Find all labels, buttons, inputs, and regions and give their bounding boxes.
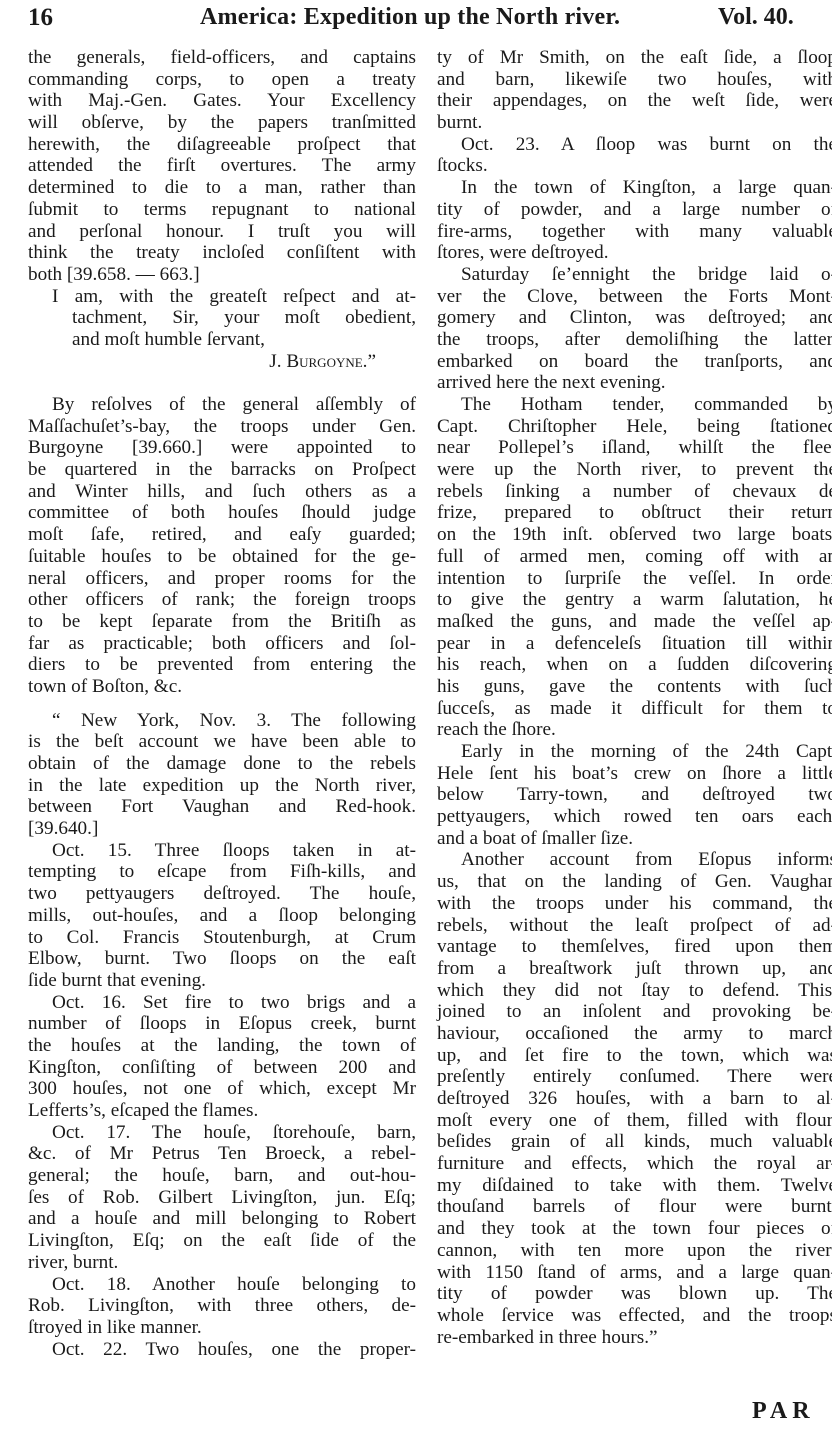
text-line: ſubmit to terms repugnant to national xyxy=(28,199,416,221)
text-line: intention to ſurpriſe the veſſel. In ord… xyxy=(437,568,832,590)
text-line: between Fort Vaughan and Red-hook. xyxy=(28,796,416,818)
text-line: number of ſloops in Eſopus creek, burnt xyxy=(28,1013,416,1035)
text-line: fire-arms, together with many valuable xyxy=(437,221,832,243)
text-line: be quartered in the barracks on Proſpect xyxy=(28,459,416,481)
text-line: ty of Mr Smith, on the eaſt ſide, a ſloo… xyxy=(437,47,832,69)
dated-entry: Oct. 15. Three ſloops taken in at- xyxy=(28,840,416,862)
volume-label: Vol. 40. xyxy=(718,4,794,31)
text-line: to give the gentry a warm ſalutation, he xyxy=(437,589,832,611)
text-line: Elbow, burnt. Two ſloops on the eaſt xyxy=(28,948,416,970)
text-line: moſt ſafe, retired, and eaſy guarded; xyxy=(28,524,416,546)
closing-line: tachment, Sir, your moſt obedient, xyxy=(28,307,416,329)
text-line: from a breaſtwork juſt thrown up, and xyxy=(437,958,832,980)
text-line: tity of powder, and a large number of xyxy=(437,199,832,221)
text-line: ver the Clove, between the Forts Mont- xyxy=(437,286,832,308)
text-line: Burgoyne [39.660.] were appointed to xyxy=(28,437,416,459)
text-line: the generals, field-officers, and captai… xyxy=(28,47,416,69)
text-line: By reſolves of the general aſſembly of xyxy=(28,394,416,416)
text-line: ſucceſs, as made it difficult for them t… xyxy=(437,698,832,720)
text-line: thouſand barrels of flour were burnt; xyxy=(437,1196,832,1218)
text-line: Livingſton, Eſq; on the eaſt ſide of the xyxy=(28,1230,416,1252)
text-line: joined to an inſolent and provoking be- xyxy=(437,1001,832,1023)
text-line: Lefferts’s, eſcaped the flames. xyxy=(28,1100,416,1122)
dateline: “ New York, Nov. 3. The following xyxy=(28,710,416,732)
text-line: frize, prepared to obſtruct their return xyxy=(437,502,832,524)
text-line: maſked the guns, and made the veſſel ap- xyxy=(437,611,832,633)
right-column: ty of Mr Smith, on the eaſt ſide, a ſloo… xyxy=(437,47,832,1348)
text-line: ſtocks. xyxy=(437,155,832,177)
text-line: Capt. Chriſtopher Hele, being ſtationed xyxy=(437,416,832,438)
text-line: 300 houſes, not one of which, except Mr xyxy=(28,1078,416,1100)
text-line: &c. of Mr Petrus Ten Broeck, a rebel- xyxy=(28,1143,416,1165)
text-line: ſes of Rob. Gilbert Livingſton, jun. Eſq… xyxy=(28,1187,416,1209)
text-line: In the town of Kingſton, a large quan- xyxy=(437,177,832,199)
text-line: river, burnt. xyxy=(28,1252,416,1274)
text-line: will obſerve, by the papers tranſmitted xyxy=(28,112,416,134)
text-line: [39.640.] xyxy=(28,818,416,840)
text-line: burnt. xyxy=(437,112,832,134)
text-line: two pettyaugers deſtroyed. The houſe, xyxy=(28,883,416,905)
text-line: Another account from Eſopus informs xyxy=(437,849,832,871)
text-line: general; the houſe, barn, and out-hou- xyxy=(28,1165,416,1187)
page-number: 16 xyxy=(28,4,53,32)
dated-entry: Oct. 22. Two houſes, one the proper- xyxy=(28,1339,416,1361)
text-line: think the treaty incloſed conſiſtent wit… xyxy=(28,242,416,264)
text-line: tempting to eſcape from Fiſh-kills, and xyxy=(28,861,416,883)
text-line: preſently entirely conſumed. There were xyxy=(437,1066,832,1088)
text-line: ſide burnt that evening. xyxy=(28,970,416,992)
text-line: near Pollepel’s iſland, whilſt the fleet xyxy=(437,437,832,459)
dated-entry: Oct. 23. A ſloop was burnt on the xyxy=(437,134,832,156)
text-line: beſides grain of all kinds, much valuabl… xyxy=(437,1131,832,1153)
text-line: Maſſachuſet’s-bay, the troops under Gen. xyxy=(28,416,416,438)
text-line: cannon, with ten more upon the river; xyxy=(437,1240,832,1262)
text-line: commanding corps, to open a treaty xyxy=(28,69,416,91)
text-line: to Col. Francis Stoutenburgh, at Crum xyxy=(28,927,416,949)
text-line: neral officers, and proper rooms for the xyxy=(28,568,416,590)
text-line: is the beſt account we have been able to xyxy=(28,731,416,753)
dated-entry: Oct. 16. Set fire to two brigs and a xyxy=(28,992,416,1014)
text-line: vantage to themſelves, fired upon them xyxy=(437,936,832,958)
text-line: and a boat of ſmaller ſize. xyxy=(437,828,832,850)
text-line: herewith, the diſagreeable proſpect that xyxy=(28,134,416,156)
text-line: obtain of the damage done to the rebels xyxy=(28,753,416,775)
text-line: whole ſervice was effected, and the troo… xyxy=(437,1305,832,1327)
text-line: re-embarked in three hours.” xyxy=(437,1327,832,1349)
text-line: were up the North river, to prevent the xyxy=(437,459,832,481)
text-line: Early in the morning of the 24th Capt. xyxy=(437,741,832,763)
text-line: with 1150 ſtand of arms, and a large qua… xyxy=(437,1262,832,1284)
dated-entry: Oct. 18. Another houſe belonging to xyxy=(28,1274,416,1296)
text-line: with Maj.-Gen. Gates. Your Excellency xyxy=(28,90,416,112)
signature: J. Burgoyne.” xyxy=(28,351,416,373)
text-line: moſt every one of them, filled with flou… xyxy=(437,1110,832,1132)
text-line: on the 19th inſt. obſerved two large boa… xyxy=(437,524,832,546)
text-line: far as practicable; both officers and ſo… xyxy=(28,633,416,655)
text-line: both [39.658. — 663.] xyxy=(28,264,416,286)
text-line: with the troops under his command, the xyxy=(437,893,832,915)
text-line: mills, out-houſes, and a ſloop belonging xyxy=(28,905,416,927)
text-line: other officers of rank; the foreign troo… xyxy=(28,589,416,611)
text-line: full of armed men, coming off with an xyxy=(437,546,832,568)
text-line: pettyaugers, which rowed ten oars each, xyxy=(437,806,832,828)
text-line: his reach, when on a ſudden diſcovering xyxy=(437,654,832,676)
text-line: furniture and effects, which the royal a… xyxy=(437,1153,832,1175)
closing-line: and moſt humble ſervant, xyxy=(28,329,416,351)
text-line: embarked on board the tranſports, and xyxy=(437,351,832,373)
text-line: The Hotham tender, commanded by xyxy=(437,394,832,416)
text-line: us, that on the landing of Gen. Vaughan xyxy=(437,871,832,893)
text-line: gomery and Clinton, was deſtroyed; and xyxy=(437,307,832,329)
text-line: and perſonal honour. I truſt you will xyxy=(28,221,416,243)
running-title: America: Expedition up the North river. xyxy=(200,4,620,31)
text-line: determined to die to a man, rather than xyxy=(28,177,416,199)
catchword: PAR xyxy=(752,1398,815,1425)
text-line: ſuitable houſes to be obtained for the g… xyxy=(28,546,416,568)
text-line: diers to be prevented from entering the xyxy=(28,654,416,676)
text-line: pear in a defenceleſs ſituation till wit… xyxy=(437,633,832,655)
text-line: to be kept ſeparate from the Britiſh as xyxy=(28,611,416,633)
text-line: in the late expedition up the North rive… xyxy=(28,775,416,797)
text-line: up, and ſet fire to the town, which was xyxy=(437,1045,832,1067)
text-line: attended the firſt overtures. The army xyxy=(28,155,416,177)
text-line: rebels ſinking a number of chevaux de xyxy=(437,481,832,503)
text-line: haviour, occaſioned the army to march xyxy=(437,1023,832,1045)
text-line: committee of both houſes ſhould judge xyxy=(28,502,416,524)
text-line: town of Boſton, &c. xyxy=(28,676,416,698)
text-line: arrived here the next evening. xyxy=(437,372,832,394)
text-line: their appendages, on the weſt ſide, were xyxy=(437,90,832,112)
text-line: ſtores, were deſtroyed. xyxy=(437,242,832,264)
text-line: his guns, gave the contents with ſuch xyxy=(437,676,832,698)
text-line: Hele ſent his boat’s crew on ſhore a lit… xyxy=(437,763,832,785)
text-line: below Tarry-town, and deſtroyed two xyxy=(437,784,832,806)
left-column: the generals, field-officers, and captai… xyxy=(28,47,416,1360)
text-line: reach the ſhore. xyxy=(437,719,832,741)
paragraph-gap xyxy=(28,698,416,710)
text-line: ſtroyed in like manner. xyxy=(28,1317,416,1339)
text-line: and they took at the town four pieces of xyxy=(437,1218,832,1240)
text-line: Rob. Livingſton, with three others, de- xyxy=(28,1295,416,1317)
text-line: my diſdained to take with them. Twelve xyxy=(437,1175,832,1197)
text-line: deſtroyed 326 houſes, with a barn to al- xyxy=(437,1088,832,1110)
running-header: 16 America: Expedition up the North rive… xyxy=(0,0,832,40)
text-line: the troops, after demoliſhing the latter… xyxy=(437,329,832,351)
text-line: the houſes at the landing, the town of xyxy=(28,1035,416,1057)
text-line: which they did not ſtay to defend. This, xyxy=(437,980,832,1002)
text-line: rebels, without the leaſt proſpect of ad… xyxy=(437,915,832,937)
dated-entry: Oct. 17. The houſe, ſtorehouſe, barn, xyxy=(28,1122,416,1144)
text-line: and a houſe and mill belonging to Robert xyxy=(28,1208,416,1230)
text-line: Saturday ſe’ennight the bridge laid o- xyxy=(437,264,832,286)
closing-line: I am, with the greateſt reſpect and at- xyxy=(28,286,416,308)
text-line: and barn, likewiſe two houſes, with xyxy=(437,69,832,91)
text-line: tity of powder was blown up. The xyxy=(437,1283,832,1305)
paragraph-gap xyxy=(28,372,416,394)
text-line: and Winter hills, and ſuch others as a xyxy=(28,481,416,503)
text-line: Kingſton, conſiſting of between 200 and xyxy=(28,1057,416,1079)
